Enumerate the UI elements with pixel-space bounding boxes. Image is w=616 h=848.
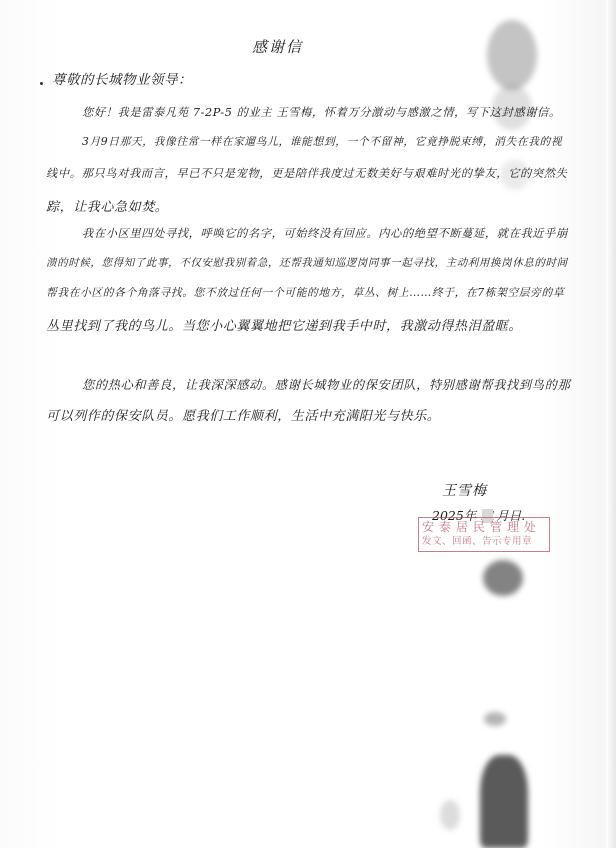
scan-smudge (440, 800, 460, 830)
stamp-subtitle: 发文、回函、告示专用章 (422, 535, 546, 549)
letter-line: 我在小区里四处寻找，呼唤它的名字，可始终没有回应。内心的绝望不断蔓延，就在我近乎… (82, 225, 570, 241)
letter-line: 您好！我是雷泰凡苑 7-2P-5 的业主 王雪梅，怀着万分激动与感激之情，写下这… (82, 104, 570, 120)
letter-line: 您的热心和善良，让我深深感动。感谢长城物业的保安团队，特别感谢帮我找到鸟的那 (82, 375, 570, 393)
letter-title: 感谢信 (252, 36, 303, 57)
letter-line: 可以列作的保安队员。愿我们工作顺利，生活中充满阳光与快乐。 (46, 405, 570, 424)
letter-line: 帮我在小区的各个角落寻找。您不放过任何一个可能的地方，草丛、树上……终于，在7栋… (46, 285, 570, 300)
letter-line: 踪，让我心急如焚。 (46, 196, 570, 215)
letter-line: 线中。那只鸟对我而言，早已不只是宠物，更是陪伴我度过无数美好与艰难时光的挚友，它… (46, 165, 570, 181)
ink-dot (40, 82, 43, 85)
scan-smudge (487, 20, 537, 90)
letter-line: 丛里找到了我的鸟儿。当您小心翼翼地把它递到我手中时，我激动得热泪盈眶。 (46, 315, 570, 334)
signature: 王雪梅 (442, 480, 487, 500)
letter-line: 3月9日那天，我像往常一样在家遛鸟儿，谁能想到，一个不留神，它竟挣脱束缚，消失在… (82, 134, 570, 149)
scanned-letter-page: 感谢信 尊敬的长城物业领导： 您好！我是雷泰凡苑 7-2P-5 的业主 王雪梅，… (0, 0, 616, 848)
scan-smudge (483, 560, 523, 596)
scan-smudge (484, 712, 506, 726)
scan-smudge (480, 755, 528, 848)
letter-salutation: 尊敬的长城物业领导： (52, 68, 192, 88)
letter-line: 溃的时候，您得知了此事，不仅安慰我别着急，还帮我通知巡逻岗同事一起寻找，主动利用… (46, 255, 570, 270)
official-stamp: 安泰居民管理处 发文、回函、告示专用章 (418, 517, 550, 552)
stamp-title: 安泰居民管理处 (422, 519, 546, 535)
scan-edge-shadow (606, 0, 616, 848)
